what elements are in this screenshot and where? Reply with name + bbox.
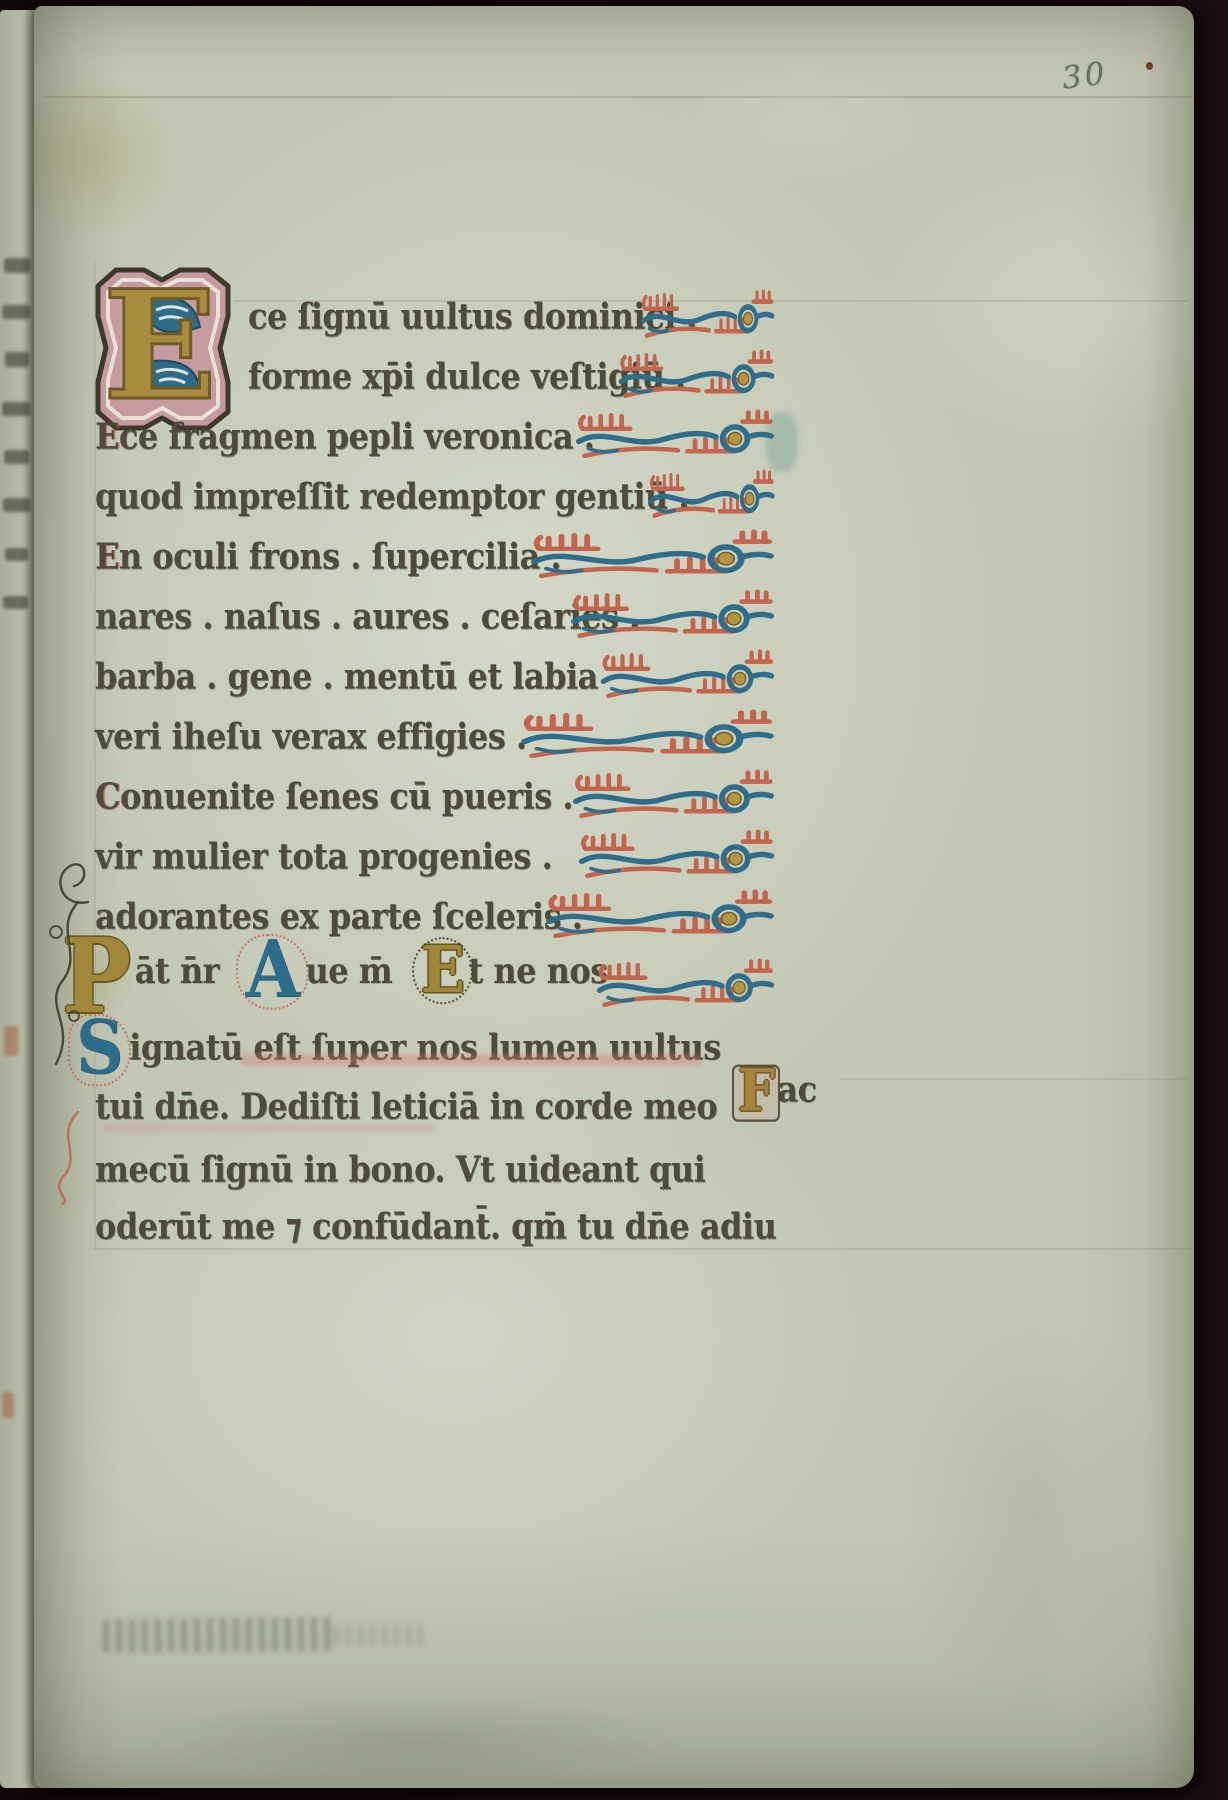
text-line-1: ce ſignū uultus dominici . bbox=[248, 295, 697, 338]
ruling-line bbox=[45, 96, 1192, 98]
folio-number: 30 bbox=[1060, 55, 1110, 96]
manuscript-photo: 30 E ce ſignū uultus dominici . forme xp… bbox=[0, 0, 1228, 1800]
line-filler-ornament bbox=[640, 289, 775, 343]
text-line-14: tui dn̄e. Dediſti leticiā in corde meo bbox=[95, 1085, 717, 1128]
parchment-stain bbox=[154, 1696, 674, 1786]
line-filler-ornament bbox=[570, 589, 775, 643]
parchment-stain bbox=[674, 66, 934, 186]
line-text: āt n̄r bbox=[135, 949, 219, 992]
marginal-penwork-flourish bbox=[44, 898, 92, 1076]
line-filler-ornament bbox=[618, 349, 775, 403]
line-text: ac bbox=[777, 1068, 816, 1111]
text-line-11: adorantes ex parte ſceleris . bbox=[95, 895, 582, 938]
illuminated-initial-E-small: E bbox=[421, 944, 465, 996]
text-line-10: vir mulier tota progenies . bbox=[95, 835, 552, 878]
text-line-3: Ece fragmen pepli veronica . bbox=[95, 415, 594, 458]
illuminated-initial-E: E bbox=[82, 260, 242, 438]
showthrough-text-mark bbox=[5, 352, 29, 367]
showthrough-text-mark bbox=[5, 548, 28, 561]
line-filler-ornament bbox=[648, 469, 775, 523]
red-ink-smear bbox=[104, 1124, 434, 1132]
marginal-penwork-red bbox=[48, 1108, 90, 1208]
ink-speck bbox=[1146, 62, 1153, 70]
initial-letter-glyph: E bbox=[103, 260, 217, 434]
line-filler-ornament bbox=[600, 649, 775, 703]
text-line-6: nares . naſus . aures . ceſaries . bbox=[95, 595, 640, 638]
line-text: tui dn̄e. Dediſti leticiā in corde meo bbox=[95, 1085, 717, 1128]
line-filler-ornament bbox=[572, 769, 775, 823]
text-line-16: oderūt me ⁊ confūdant̄. qm̄ tu dn̄e adiu bbox=[95, 1205, 776, 1248]
showthrough-text-mark bbox=[3, 596, 28, 609]
text-line-5: En oculi frons . ſupercilia . bbox=[95, 535, 561, 578]
line-text: oderūt me ⁊ confūdant̄. qm̄ tu dn̄e adiu bbox=[95, 1205, 776, 1248]
text-line-7: barba . gene . mentū et labia bbox=[95, 655, 598, 698]
line-text: veri iheſu verax effigies . bbox=[95, 715, 527, 758]
line-text: mecū ſignū in bono. Vt uideant qui bbox=[95, 1148, 705, 1191]
offset-text-ghost bbox=[103, 1617, 335, 1653]
line-filler-ornament bbox=[596, 958, 775, 1012]
text-line-9: Conuenite ſenes cū pueris . bbox=[95, 775, 573, 818]
showthrough-text-mark bbox=[2, 305, 30, 319]
manuscript-page: 30 E ce ſignū uultus dominici . forme xp… bbox=[34, 6, 1194, 1788]
offset-text-ghost bbox=[334, 1624, 424, 1646]
showthrough-text-mark bbox=[2, 402, 30, 416]
ruling-line bbox=[840, 1078, 1188, 1080]
text-line-14-end: Fac bbox=[738, 1068, 817, 1115]
line-text: vir mulier tota progenies . bbox=[95, 835, 552, 878]
line-text: ce ſignū uultus dominici . bbox=[248, 295, 697, 338]
line-filler-ornament bbox=[545, 889, 775, 943]
line-text: quod impreſſit redemptor gentiū . bbox=[95, 475, 689, 518]
text-line-12: Pāt n̄r Aue m̄ Et ne nos bbox=[62, 936, 608, 1018]
line-text: barba . gene . mentū et labia bbox=[95, 655, 598, 698]
line-text: En oculi frons . ſupercilia . bbox=[95, 535, 561, 578]
showthrough-text-mark bbox=[3, 498, 30, 512]
text-line-13: Signatū eſt ſuper nos lumen uultus bbox=[76, 1018, 721, 1077]
illuminated-initial-F: F bbox=[738, 1068, 774, 1115]
showthrough-red-mark bbox=[4, 1026, 18, 1056]
line-text: Conuenite ſenes cū pueris . bbox=[95, 775, 573, 818]
parchment-stain bbox=[894, 1306, 1174, 1726]
line-filler-ornament bbox=[530, 529, 775, 583]
line-text: t ne nos bbox=[468, 949, 607, 992]
line-filler-ornament bbox=[575, 409, 775, 463]
showthrough-text-mark bbox=[4, 258, 30, 273]
text-line-4: quod impreſſit redemptor gentiū . bbox=[95, 475, 689, 518]
line-text: nares . naſus . aures . ceſaries . bbox=[95, 595, 640, 638]
text-line-15: mecū ſignū in bono. Vt uideant qui bbox=[95, 1148, 705, 1191]
showthrough-red-mark bbox=[2, 1392, 14, 1418]
red-ink-smear bbox=[240, 1054, 702, 1066]
line-text: adorantes ex parte ſceleris . bbox=[95, 895, 582, 938]
showthrough-text-mark bbox=[4, 450, 29, 464]
ruling-line bbox=[95, 1248, 1192, 1250]
line-filler-ornament bbox=[520, 709, 775, 763]
text-line-8: veri iheſu verax effigies . bbox=[95, 715, 527, 758]
line-text: ue m̄ bbox=[305, 949, 392, 992]
line-text: Ece fragmen pepli veronica . bbox=[95, 415, 594, 458]
line-filler-ornament bbox=[578, 829, 775, 883]
illuminated-initial-A: A bbox=[246, 938, 300, 1001]
